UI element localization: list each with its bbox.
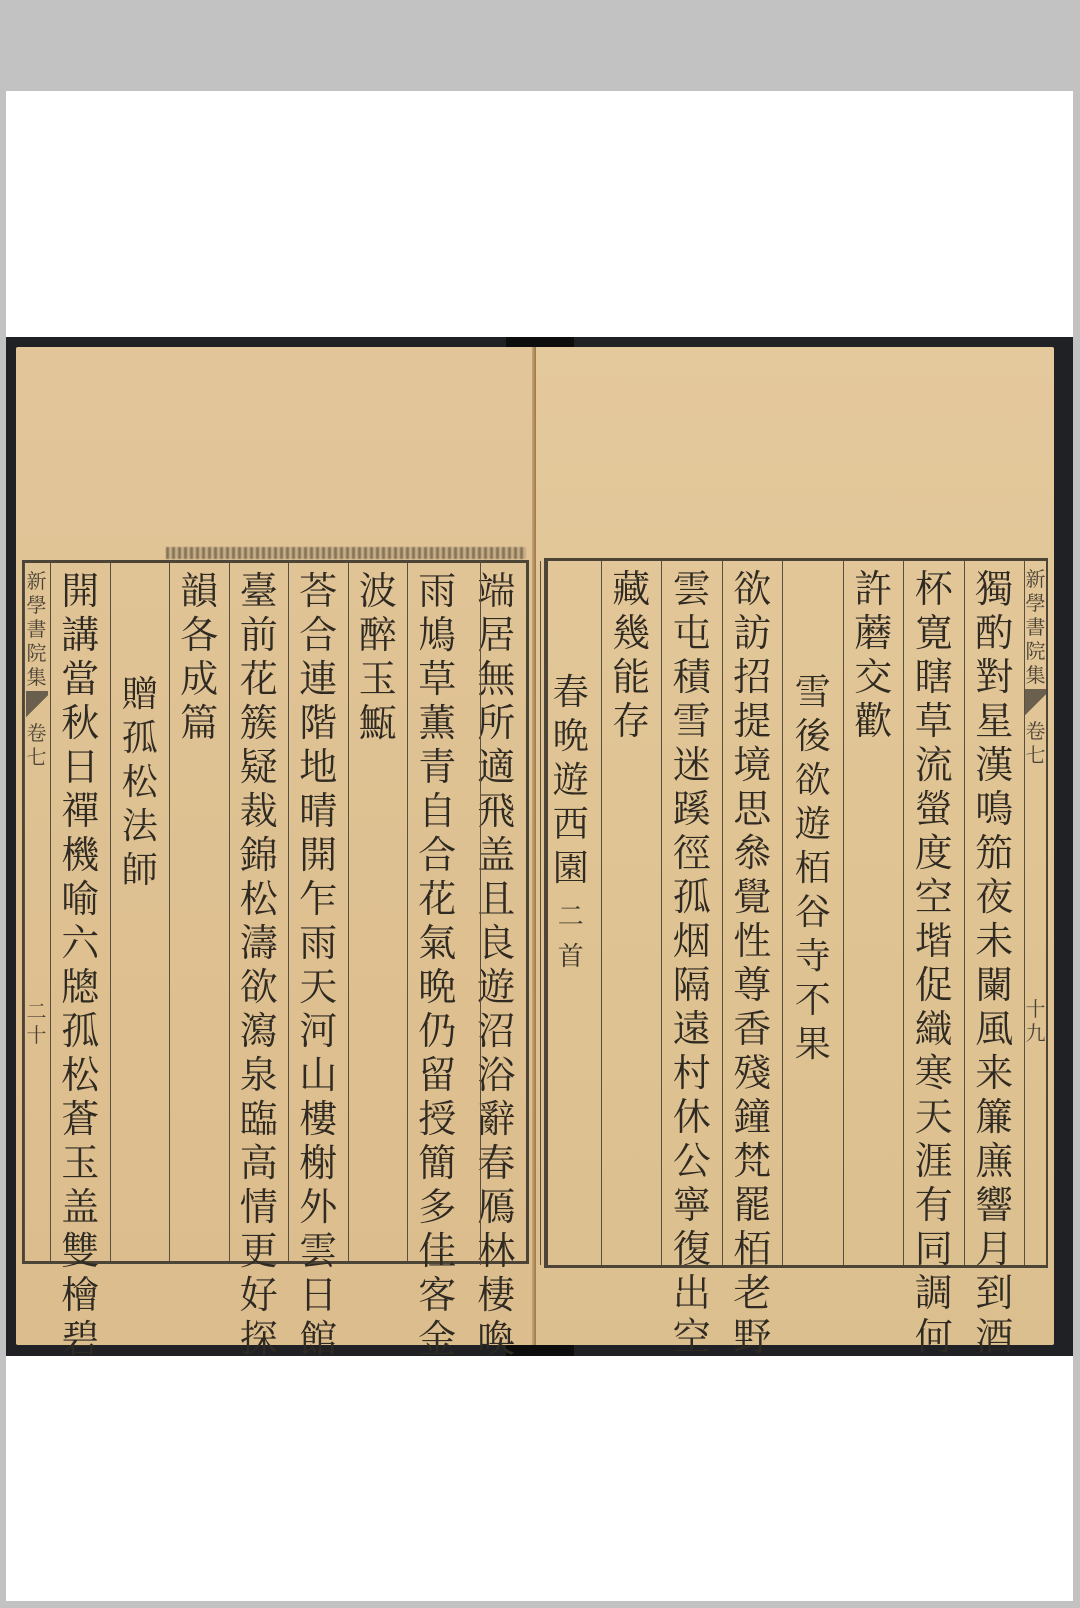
glyph: 幾	[609, 611, 653, 655]
glyph: 栢	[730, 1227, 774, 1271]
glyph: 園	[549, 847, 593, 891]
glyph: 韻	[177, 569, 221, 613]
text-column-title: 春晩遊西園二首	[540, 561, 601, 1265]
glyph: 客	[415, 1273, 459, 1317]
glyph: 講	[58, 613, 102, 657]
text-column-text: 雲屯積雪迷蹊徑孤烟隔遠村休公寧復出空	[661, 561, 722, 1265]
glyph: 孤	[670, 875, 714, 919]
glyph: 多	[415, 1185, 459, 1229]
glyph: 遊	[791, 803, 835, 847]
text-column-text: 杯寛瞎草流螢度空堦促織寒天涯有同調何	[903, 561, 964, 1265]
glyph: 天	[296, 965, 340, 1009]
glyph: 卷	[1025, 719, 1047, 743]
glyph: 村	[670, 1051, 714, 1095]
text-column-text: 獨酌對星漢鳴笳夜未闌風来簾㢘響月到酒	[964, 561, 1025, 1265]
fish-tail-mark-icon	[26, 691, 48, 717]
glyph: 空	[670, 1315, 714, 1359]
glyph: 促	[912, 963, 956, 1007]
glyph: 晩	[415, 965, 459, 1009]
glyph: 佳	[415, 1229, 459, 1273]
glyph: 泉	[237, 1053, 281, 1097]
glyph: 西	[549, 803, 593, 847]
glyph: 連	[296, 657, 340, 701]
glyph: 荅	[296, 569, 340, 613]
glyph: 鳩	[415, 613, 459, 657]
glyph: 提	[730, 699, 774, 743]
glyph: 栢	[791, 847, 835, 891]
glyph: 裁	[237, 789, 281, 833]
glyph: 雪	[791, 671, 835, 715]
glyph: 流	[912, 743, 956, 787]
glyph: 留	[415, 1053, 459, 1097]
book-scan-image: 端居無所適飛盖且良遊沼浴辭春鴈林棲喚雨鳩草薫青自合花氣晩仍留授簡多佳客金波醉玉甒…	[6, 337, 1073, 1356]
glyph: 叅	[730, 831, 774, 875]
glyph: 榭	[296, 1141, 340, 1185]
glyph: 二	[549, 897, 593, 937]
glyph: 性	[730, 919, 774, 963]
text-column-text: 韻各成篇	[169, 563, 229, 1261]
glyph: 訪	[730, 611, 774, 655]
glyph: 響	[972, 1183, 1016, 1227]
glyph: 牕	[58, 965, 102, 1009]
text-column-text: 臺前花簇疑裁錦松濤欲瀉泉臨高情更好探	[229, 563, 289, 1261]
glyph: 棲	[474, 1273, 518, 1317]
glyph: 尊	[730, 963, 774, 1007]
glyph: 後	[791, 715, 835, 759]
glyph: 醉	[356, 613, 400, 657]
glyph: 公	[670, 1139, 714, 1183]
glyph: 寛	[912, 611, 956, 655]
glyph: 休	[670, 1095, 714, 1139]
glyph: 簇	[237, 701, 281, 745]
right-page-columns: 新學書院集卷七十九獨酌對星漢鳴笳夜未闌風来簾㢘響月到酒杯寛瞎草流螢度空堦促織寒天…	[548, 561, 1046, 1265]
glyph: 晴	[296, 789, 340, 833]
glyph: 高	[237, 1141, 281, 1185]
glyph: 藏	[609, 567, 653, 611]
glyph: 六	[58, 921, 102, 965]
glyph: 谷	[791, 891, 835, 935]
glyph: 喻	[58, 877, 102, 921]
glyph: 山	[296, 1053, 340, 1097]
glyph: 簡	[415, 1141, 459, 1185]
glyph: 瞎	[912, 655, 956, 699]
glyph: 鳴	[972, 787, 1016, 831]
fish-tail-mark-icon	[1025, 689, 1047, 715]
glyph: 孤	[118, 717, 162, 761]
glyph: 前	[237, 613, 281, 657]
glyph: 烟	[670, 919, 714, 963]
text-column-text: 許蘑交歡	[843, 561, 904, 1265]
glyph: 境	[730, 743, 774, 787]
worn-border-ink	[166, 547, 526, 559]
glyph: 禪	[58, 789, 102, 833]
glyph: 疑	[237, 745, 281, 789]
glyph: 各	[177, 613, 221, 657]
glyph: 螢	[912, 787, 956, 831]
glyph: 何	[912, 1315, 956, 1359]
glyph: 雲	[296, 1229, 340, 1273]
glyph: 探	[237, 1317, 281, 1361]
glyph: 青	[415, 745, 459, 789]
glyph: 學	[26, 593, 48, 617]
glyph: 星	[972, 699, 1016, 743]
glyph: 玉	[58, 1141, 102, 1185]
glyph: 屯	[670, 611, 714, 655]
glyph: 歡	[851, 699, 895, 743]
glyph: 孤	[58, 1009, 102, 1053]
glyph: 草	[912, 699, 956, 743]
glyph: 合	[296, 613, 340, 657]
page-margin-column: 新學書院集卷七十九	[1024, 561, 1046, 1265]
glyph: 来	[972, 1051, 1016, 1095]
glyph: 篇	[177, 701, 221, 745]
glyph: 書	[1025, 615, 1047, 639]
glyph: 開	[58, 569, 102, 613]
glyph: 外	[296, 1185, 340, 1229]
glyph: 度	[912, 831, 956, 875]
glyph: 對	[972, 655, 1016, 699]
glyph: 殘	[730, 1051, 774, 1095]
glyph: 酒	[972, 1315, 1016, 1359]
text-column-title: 贈孤松法師	[110, 563, 170, 1261]
glyph: 氣	[415, 921, 459, 965]
glyph: 遊	[549, 759, 593, 803]
glyph: 寺	[791, 935, 835, 979]
glyph: 簾	[972, 1095, 1016, 1139]
glyph: 交	[851, 655, 895, 699]
glyph: 臺	[237, 569, 281, 613]
left-page: 端居無所適飛盖且良遊沼浴辭春鴈林棲喚雨鳩草薫青自合花氣晩仍留授簡多佳客金波醉玉甒…	[16, 347, 536, 1345]
glyph: 薫	[415, 701, 459, 745]
glyph: 杯	[912, 567, 956, 611]
glyph: 天	[912, 1095, 956, 1139]
glyph: 出	[670, 1271, 714, 1315]
glyph: 調	[912, 1271, 956, 1315]
glyph: 梵	[730, 1139, 774, 1183]
glyph: 更	[237, 1229, 281, 1273]
glyph: 蹊	[670, 787, 714, 831]
glyph: 隔	[670, 963, 714, 1007]
glyph: 春	[549, 671, 593, 715]
glyph: 月	[972, 1227, 1016, 1271]
glyph: 當	[58, 657, 102, 701]
glyph: 覺	[730, 875, 774, 919]
glyph: 織	[912, 1007, 956, 1051]
left-page-columns: 端居無所適飛盖且良遊沼浴辭春鴈林棲喚雨鳩草薫青自合花氣晩仍留授簡多佳客金波醉玉甒…	[24, 563, 526, 1261]
glyph: 二	[26, 999, 48, 1023]
right-page: 新學書院集卷七十九獨酌對星漢鳴笳夜未闌風来簾㢘響月到酒杯寛瞎草流螢度空堦促織寒天…	[536, 347, 1054, 1345]
glyph: 存	[609, 699, 653, 743]
glyph: 空	[912, 875, 956, 919]
glyph: 集	[1025, 663, 1047, 687]
glyph: 院	[26, 641, 48, 665]
glyph: 晩	[549, 715, 593, 759]
glyph: 十	[1025, 997, 1047, 1021]
glyph: 風	[972, 1007, 1016, 1051]
glyph: 松	[237, 877, 281, 921]
glyph: 野	[730, 1315, 774, 1359]
glyph: 開	[296, 833, 340, 877]
glyph: 自	[415, 789, 459, 833]
glyph: 甒	[356, 701, 400, 745]
glyph: 夜	[972, 875, 1016, 919]
glyph: 法	[118, 805, 162, 849]
glyph: 濤	[237, 921, 281, 965]
glyph: 笳	[972, 831, 1016, 875]
glyph: 日	[296, 1273, 340, 1317]
text-column-text: 波醉玉甒	[348, 563, 408, 1261]
title-annotation: 二首	[549, 897, 593, 977]
glyph: 乍	[296, 877, 340, 921]
glyph: 階	[296, 701, 340, 745]
glyph: 合	[415, 833, 459, 877]
glyph: 花	[237, 657, 281, 701]
glyph: 雨	[415, 569, 459, 613]
glyph: 七	[26, 745, 48, 769]
glyph: 寒	[912, 1051, 956, 1095]
glyph: 欲	[791, 759, 835, 803]
glyph: 碧	[58, 1317, 102, 1361]
glyph: 書	[26, 617, 48, 641]
glyph: 有	[912, 1183, 956, 1227]
glyph: 寧	[670, 1183, 714, 1227]
glyph: 果	[791, 1023, 835, 1067]
glyph: 金	[415, 1317, 459, 1361]
glyph: 同	[912, 1227, 956, 1271]
glyph: 欲	[237, 965, 281, 1009]
glyph: 新	[1025, 567, 1047, 591]
glyph: 仍	[415, 1009, 459, 1053]
glyph: 漢	[972, 743, 1016, 787]
glyph: 地	[296, 745, 340, 789]
text-column-text: 開講當秋日禪機喻六牕孤松蒼玉盖雙檜碧	[50, 563, 110, 1261]
text-column-title: 雪後欲遊栢谷寺不果	[782, 561, 843, 1265]
glyph: 新	[26, 569, 48, 593]
glyph: 思	[730, 787, 774, 831]
glyph: 九	[1025, 1021, 1047, 1045]
glyph: 集	[26, 665, 48, 689]
glyph: 情	[237, 1185, 281, 1229]
glyph: 老	[730, 1271, 774, 1315]
glyph: 闌	[972, 963, 1016, 1007]
glyph: 十	[26, 1023, 48, 1047]
text-column-text: 藏幾能存	[601, 561, 662, 1265]
glyph: 授	[415, 1097, 459, 1141]
glyph: 復	[670, 1227, 714, 1271]
glyph: 鐘	[730, 1095, 774, 1139]
glyph: 迷	[670, 743, 714, 787]
glyph: 機	[58, 833, 102, 877]
glyph: 㢘	[972, 1139, 1016, 1183]
glyph: 涯	[912, 1139, 956, 1183]
right-page-frame: 新學書院集卷七十九獨酌對星漢鳴笳夜未闌風来簾㢘響月到酒杯寛瞎草流螢度空堦促織寒天…	[544, 558, 1048, 1268]
glyph: 草	[415, 657, 459, 701]
glyph: 能	[609, 655, 653, 699]
glyph: 罷	[730, 1183, 774, 1227]
glyph: 錦	[237, 833, 281, 877]
glyph: 堦	[912, 919, 956, 963]
glyph: 不	[791, 979, 835, 1023]
glyph: 未	[972, 919, 1016, 963]
glyph: 成	[177, 657, 221, 701]
glyph: 蒼	[58, 1097, 102, 1141]
glyph: 樓	[296, 1097, 340, 1141]
glyph: 徑	[670, 831, 714, 875]
glyph: 花	[415, 877, 459, 921]
text-column-text: 荅合連階地晴開乍雨天河山樓榭外雲日館	[288, 563, 348, 1261]
left-page-frame: 端居無所適飛盖且良遊沼浴辭春鴈林棲喚雨鳩草薫青自合花氣晩仍留授簡多佳客金波醉玉甒…	[22, 560, 529, 1264]
glyph: 雲	[670, 567, 714, 611]
glyph: 七	[1025, 743, 1047, 767]
glyph: 院	[1025, 639, 1047, 663]
glyph: 玉	[356, 657, 400, 701]
glyph: 瀉	[237, 1009, 281, 1053]
glyph: 學	[1025, 591, 1047, 615]
glyph: 香	[730, 1007, 774, 1051]
glyph: 松	[58, 1053, 102, 1097]
glyph: 波	[356, 569, 400, 613]
glyph: 遠	[670, 1007, 714, 1051]
glyph: 酌	[972, 611, 1016, 655]
page-margin-column: 新學書院集卷七二十	[24, 563, 48, 1261]
text-column-text: 欲訪招提境思叅覺性尊香殘鐘梵罷栢老野	[722, 561, 783, 1265]
glyph: 招	[730, 655, 774, 699]
glyph: 秋	[58, 701, 102, 745]
text-column-blank	[480, 561, 541, 1265]
glyph: 積	[670, 655, 714, 699]
glyph: 首	[549, 937, 593, 977]
glyph: 日	[58, 745, 102, 789]
glyph: 蘑	[851, 611, 895, 655]
glyph: 雪	[670, 699, 714, 743]
glyph: 松	[118, 761, 162, 805]
text-column-text: 雨鳩草薫青自合花氣晩仍留授簡多佳客金	[407, 563, 467, 1261]
glyph: 到	[972, 1271, 1016, 1315]
glyph: 喚	[474, 1317, 518, 1361]
glyph: 許	[851, 567, 895, 611]
glyph: 欲	[730, 567, 774, 611]
glyph: 雨	[296, 921, 340, 965]
glyph: 師	[118, 849, 162, 893]
glyph: 卷	[26, 721, 48, 745]
glyph: 檜	[58, 1273, 102, 1317]
glyph: 臨	[237, 1097, 281, 1141]
glyph: 河	[296, 1009, 340, 1053]
glyph: 盖	[58, 1185, 102, 1229]
glyph: 好	[237, 1273, 281, 1317]
glyph: 贈	[118, 673, 162, 717]
glyph: 雙	[58, 1229, 102, 1273]
glyph: 館	[296, 1317, 340, 1361]
glyph: 獨	[972, 567, 1016, 611]
